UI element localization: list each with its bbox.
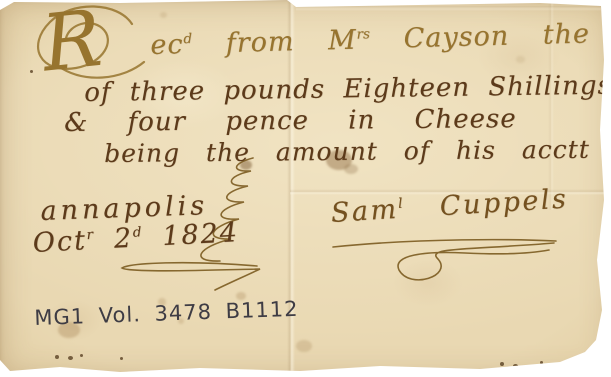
word-from: from [225, 26, 295, 59]
honorific-letter: M [328, 25, 357, 57]
word-recd-rest: ec [150, 29, 184, 61]
ornate-initial: R [38, 0, 106, 90]
stain [296, 340, 312, 352]
signature-last-name: Cuppels [439, 183, 569, 222]
foxing-speck [586, 352, 591, 356]
date-day: 2 [113, 223, 134, 255]
scanned-receipt-image: R ecd from Mrs Cayson the Sum of three p… [0, 0, 611, 377]
date-year: 1824 [161, 217, 239, 252]
signature-underline-flourish [333, 240, 556, 247]
receipt-line-1: ecd from Mrs Cayson the Sum [150, 16, 611, 61]
top-edge-crease [296, 6, 604, 11]
foxing-speck [55, 355, 59, 359]
foxing-speck [120, 357, 123, 360]
receipt-line-4: being the amount of his acctt [104, 135, 590, 168]
foxing-speck [68, 356, 73, 360]
stain [516, 56, 525, 63]
date-day-superscript: d [132, 224, 141, 240]
receipt-line-3: & four pence in Cheese [64, 104, 517, 138]
foxing-speck [80, 354, 83, 357]
foxing-speck [513, 364, 518, 368]
superscript-rs: rs [356, 26, 370, 42]
date-month: Oct [32, 225, 88, 259]
foxing-speck [572, 357, 576, 360]
foxing-speck [30, 70, 33, 73]
foxing-speck [500, 362, 504, 366]
aged-paper: R ecd from Mrs Cayson the Sum of three p… [0, 0, 611, 377]
line-1-rest-text: Cayson the Sum [403, 16, 611, 54]
archival-catalog-notation: MG1 Vol. 3478 B1112 [34, 297, 299, 330]
receipt-line-2: of three pounds Eighteen Shillings [84, 71, 611, 108]
signature-superscript-l: l [398, 196, 403, 212]
foxing-speck [540, 361, 543, 364]
date-underline-flourish [122, 263, 260, 290]
signature-loop-flourish [398, 243, 554, 280]
date-month-superscript: r [86, 227, 93, 243]
signature-first-name: Sam [330, 194, 399, 229]
name-honorific: Mrs [328, 24, 371, 56]
superscript-d: d [183, 31, 192, 47]
stain [160, 12, 167, 18]
signature: Saml Cuppels [330, 183, 569, 228]
